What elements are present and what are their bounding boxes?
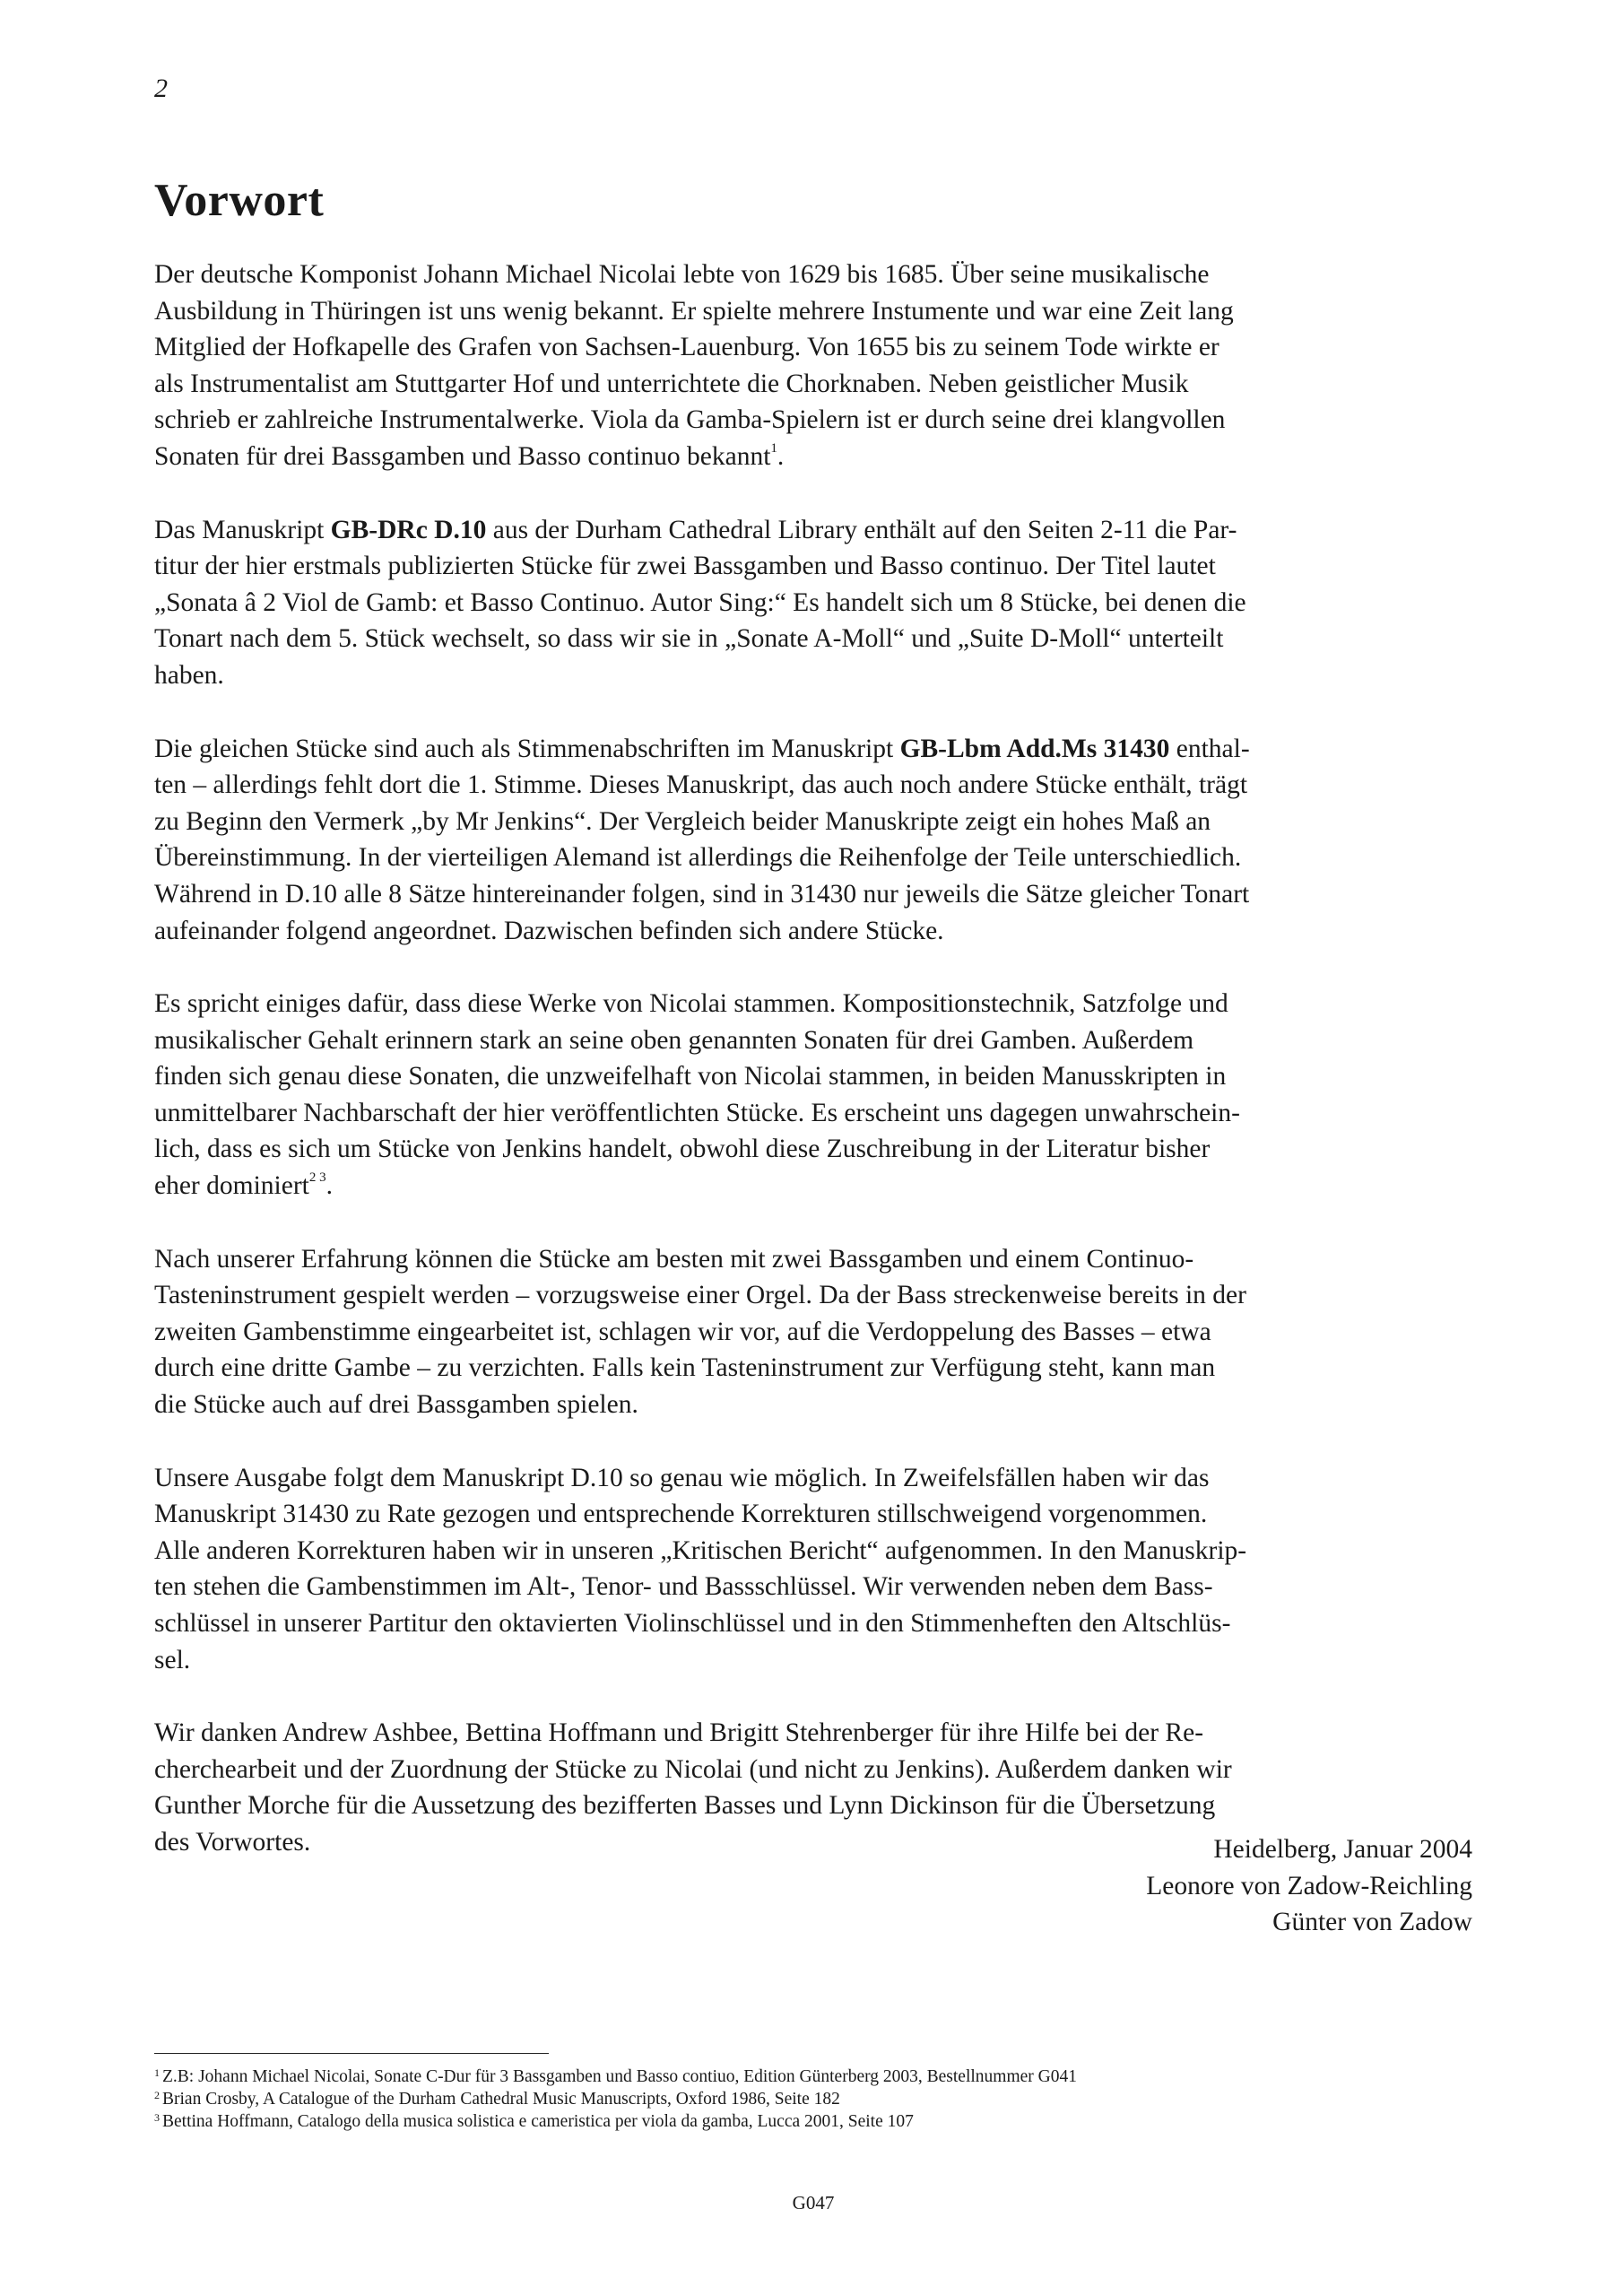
text-line: Gunther Morche für die Aussetzung des be… xyxy=(154,1787,1481,1824)
text-run: die Stücke auch auf drei Bassgamben spie… xyxy=(154,1390,638,1419)
text-line: Tonart nach dem 5. Stück wechselt, so da… xyxy=(154,621,1481,657)
text-run: Übereinstimmung. In der vierteiligen Ale… xyxy=(154,843,1241,872)
text-line: Übereinstimmung. In der vierteiligen Ale… xyxy=(154,839,1481,876)
text-line: zweiten Gambenstimme eingearbeitet ist, … xyxy=(154,1314,1481,1351)
edition-code: G047 xyxy=(0,2194,1623,2213)
footnote-mark: 1 xyxy=(154,2066,160,2079)
text-line: Tasteninstrument gespielt werden – vorzu… xyxy=(154,1277,1481,1314)
text-run: ten – allerdings fehlt dort die 1. Stimm… xyxy=(154,770,1247,799)
text-line: sel. xyxy=(154,1642,1481,1679)
paragraph: Es spricht einiges dafür, dass diese Wer… xyxy=(154,986,1481,1205)
page-number: 2 xyxy=(154,75,168,102)
text-line: Die gleichen Stücke sind auch als Stimme… xyxy=(154,731,1481,768)
text-run: aus der Durham Cathedral Library enthält… xyxy=(486,516,1237,544)
text-run: schrieb er zahlreiche Instrumentalwerke.… xyxy=(154,405,1225,434)
text-line: unmittelbarer Nachbarschaft der hier ver… xyxy=(154,1095,1481,1132)
footnote-text: Bettina Hoffmann, Catalogo della musica … xyxy=(162,2112,914,2131)
paragraph: Das Manuskript GB-DRc D.10 aus der Durha… xyxy=(154,512,1481,694)
text-run: durch eine dritte Gambe – zu verzichten.… xyxy=(154,1353,1215,1382)
signature-block: Heidelberg, Januar 2004 Leonore von Zado… xyxy=(1146,1831,1472,1941)
text-line: die Stücke auch auf drei Bassgamben spie… xyxy=(154,1387,1481,1423)
text-run: finden sich genau diese Sonaten, die unz… xyxy=(154,1062,1226,1091)
text-line: Sonaten für drei Bassgamben und Basso co… xyxy=(154,439,1481,475)
text-run: Der deutsche Komponist Johann Michael Ni… xyxy=(154,260,1209,289)
text-line: finden sich genau diese Sonaten, die unz… xyxy=(154,1058,1481,1095)
text-run: des Vorwortes. xyxy=(154,1828,310,1857)
text-run: enthal- xyxy=(1169,735,1249,763)
text-run: cherchearbeit und der Zuordnung der Stüc… xyxy=(154,1755,1232,1784)
text-line: schlüssel in unserer Partitur den oktavi… xyxy=(154,1605,1481,1642)
text-run: . xyxy=(777,442,784,471)
text-line: schrieb er zahlreiche Instrumentalwerke.… xyxy=(154,402,1481,439)
text-run: sel. xyxy=(154,1646,190,1674)
text-run: Wir danken Andrew Ashbee, Bettina Hoffma… xyxy=(154,1718,1203,1747)
text-line: Das Manuskript GB-DRc D.10 aus der Durha… xyxy=(154,512,1481,549)
text-line: Unsere Ausgabe folgt dem Manuskript D.10… xyxy=(154,1460,1481,1497)
author-name: Günter von Zadow xyxy=(1146,1904,1472,1941)
text-run: Das Manuskript xyxy=(154,516,331,544)
manuscript-id: GB-DRc D.10 xyxy=(331,516,487,544)
text-line: Manuskript 31430 zu Rate gezogen und ent… xyxy=(154,1496,1481,1533)
text-run: unmittelbarer Nachbarschaft der hier ver… xyxy=(154,1099,1240,1127)
author-name: Leonore von Zadow-Reichling xyxy=(1146,1868,1472,1905)
text-line: Während in D.10 alle 8 Sätze hintereinan… xyxy=(154,876,1481,913)
text-run: zweiten Gambenstimme eingearbeitet ist, … xyxy=(154,1318,1211,1346)
text-line: Es spricht einiges dafür, dass diese Wer… xyxy=(154,986,1481,1022)
paragraph: Die gleichen Stücke sind auch als Stimme… xyxy=(154,731,1481,950)
text-run: Es spricht einiges dafür, dass diese Wer… xyxy=(154,989,1228,1018)
text-run: ten stehen die Gambenstimmen im Alt-, Te… xyxy=(154,1572,1213,1601)
place-date: Heidelberg, Januar 2004 xyxy=(1146,1831,1472,1868)
text-run: Ausbildung in Thüringen ist uns wenig be… xyxy=(154,297,1234,326)
text-run: . xyxy=(326,1171,333,1200)
text-run: „Sonata â 2 Viol de Gamb: et Basso Conti… xyxy=(154,588,1246,617)
paragraph: Unsere Ausgabe folgt dem Manuskript D.10… xyxy=(154,1460,1481,1679)
text-line: haben. xyxy=(154,657,1481,694)
text-line: eher dominiert2 3. xyxy=(154,1168,1481,1205)
page-title: Vorwort xyxy=(154,178,324,224)
text-line: ten stehen die Gambenstimmen im Alt-, Te… xyxy=(154,1569,1481,1605)
text-line: titur der hier erstmals publizierten Stü… xyxy=(154,548,1481,585)
text-line: Nach unserer Erfahrung können die Stücke… xyxy=(154,1241,1481,1278)
manuscript-id: GB-Lbm Add.Ms 31430 xyxy=(900,735,1170,763)
text-run: titur der hier erstmals publizierten Stü… xyxy=(154,552,1216,580)
text-run: als Instrumentalist am Stuttgarter Hof u… xyxy=(154,370,1188,398)
footnote-ref: 2 3 xyxy=(309,1170,326,1185)
paragraph: Nach unserer Erfahrung können die Stücke… xyxy=(154,1241,1481,1423)
footnote-divider xyxy=(154,2053,549,2054)
footnote-mark: 3 xyxy=(154,2111,160,2124)
text-line: cherchearbeit und der Zuordnung der Stüc… xyxy=(154,1752,1481,1788)
text-run: schlüssel in unserer Partitur den oktavi… xyxy=(154,1609,1230,1638)
text-line: „Sonata â 2 Viol de Gamb: et Basso Conti… xyxy=(154,585,1481,622)
text-line: Der deutsche Komponist Johann Michael Ni… xyxy=(154,257,1481,293)
text-line: ten – allerdings fehlt dort die 1. Stimm… xyxy=(154,767,1481,804)
text-line: aufeinander folgend angeordnet. Dazwisch… xyxy=(154,913,1481,950)
text-run: zu Beginn den Vermerk „by Mr Jenkins“. D… xyxy=(154,807,1211,836)
text-line: Mitglied der Hofkapelle des Grafen von S… xyxy=(154,329,1481,366)
paragraph: Der deutsche Komponist Johann Michael Ni… xyxy=(154,257,1481,475)
footnote-text: Z.B: Johann Michael Nicolai, Sonate C-Du… xyxy=(162,2067,1077,2086)
text-run: Während in D.10 alle 8 Sätze hintereinan… xyxy=(154,880,1249,909)
text-run: Die gleichen Stücke sind auch als Stimme… xyxy=(154,735,900,763)
text-run: haben. xyxy=(154,661,224,690)
text-run: Manuskript 31430 zu Rate gezogen und ent… xyxy=(154,1500,1207,1528)
text-run: Mitglied der Hofkapelle des Grafen von S… xyxy=(154,333,1219,361)
text-line: durch eine dritte Gambe – zu verzichten.… xyxy=(154,1350,1481,1387)
footnote: 1Z.B: Johann Michael Nicolai, Sonate C-D… xyxy=(154,2066,1077,2088)
footnotes: 1Z.B: Johann Michael Nicolai, Sonate C-D… xyxy=(154,2066,1077,2133)
text-line: als Instrumentalist am Stuttgarter Hof u… xyxy=(154,366,1481,403)
text-line: lich, dass es sich um Stücke von Jenkins… xyxy=(154,1131,1481,1168)
footnote-mark: 2 xyxy=(154,2089,160,2101)
text-line: Ausbildung in Thüringen ist uns wenig be… xyxy=(154,293,1481,330)
footnote-text: Brian Crosby, A Catalogue of the Durham … xyxy=(162,2090,840,2109)
footnote: 2Brian Crosby, A Catalogue of the Durham… xyxy=(154,2088,1077,2110)
text-line: Alle anderen Korrekturen haben wir in un… xyxy=(154,1533,1481,1570)
text-line: zu Beginn den Vermerk „by Mr Jenkins“. D… xyxy=(154,804,1481,840)
text-run: Nach unserer Erfahrung können die Stücke… xyxy=(154,1245,1193,1274)
body-text: Der deutsche Komponist Johann Michael Ni… xyxy=(154,257,1481,1898)
text-run: Tonart nach dem 5. Stück wechselt, so da… xyxy=(154,624,1223,653)
footnote-ref: 1 xyxy=(770,441,777,456)
text-line: Wir danken Andrew Ashbee, Bettina Hoffma… xyxy=(154,1715,1481,1752)
text-run: Sonaten für drei Bassgamben und Basso co… xyxy=(154,442,770,471)
text-run: eher dominiert xyxy=(154,1171,309,1200)
footnote: 3Bettina Hoffmann, Catalogo della musica… xyxy=(154,2110,1077,2133)
text-line: musikalischer Gehalt erinnern stark an s… xyxy=(154,1022,1481,1059)
text-run: Unsere Ausgabe folgt dem Manuskript D.10… xyxy=(154,1464,1209,1492)
text-run: lich, dass es sich um Stücke von Jenkins… xyxy=(154,1135,1210,1163)
text-run: Alle anderen Korrekturen haben wir in un… xyxy=(154,1536,1246,1565)
text-run: Tasteninstrument gespielt werden – vorzu… xyxy=(154,1281,1246,1309)
text-run: musikalischer Gehalt erinnern stark an s… xyxy=(154,1026,1193,1055)
text-run: aufeinander folgend angeordnet. Dazwisch… xyxy=(154,917,944,945)
text-run: Gunther Morche für die Aussetzung des be… xyxy=(154,1791,1215,1820)
